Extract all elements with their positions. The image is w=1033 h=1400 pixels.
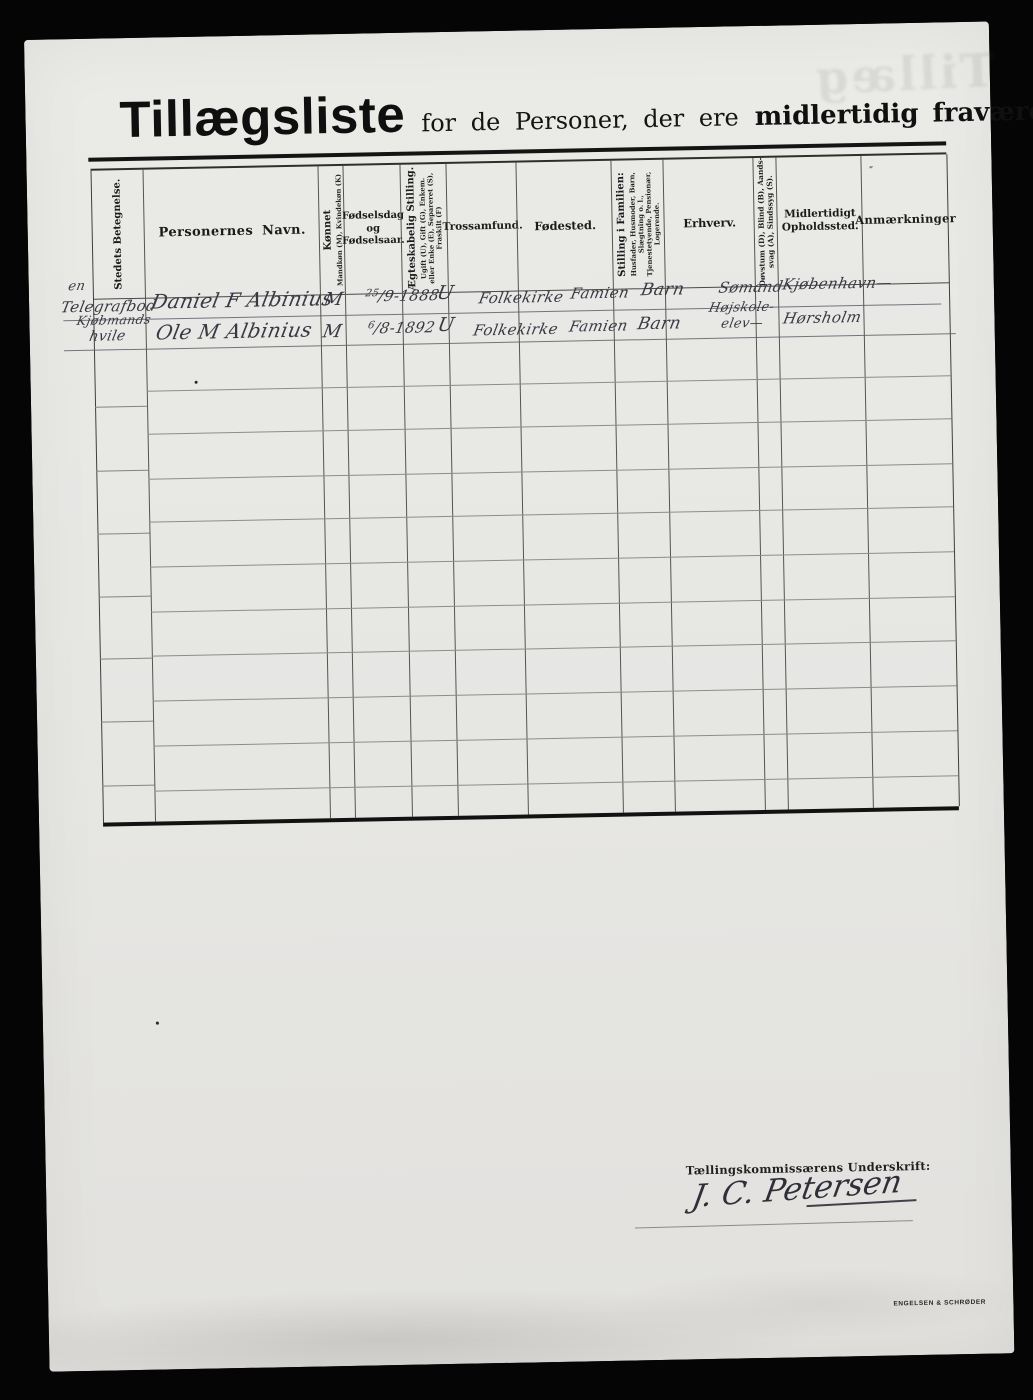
ink-speck — [156, 1022, 159, 1025]
row2-birth-rest: /8-1892 — [373, 318, 437, 337]
header-label: Trossamfund. — [443, 220, 523, 235]
row1-place-line1: en — [67, 279, 87, 294]
row2-family-position: Barn — [636, 313, 683, 334]
table-columns: Stedets Betegnelse. Personernes Navn. Kø… — [91, 154, 960, 822]
header-label: Erhverv. — [683, 215, 736, 230]
row1-residence: Kjøbenhavn— — [781, 273, 894, 293]
header-foedselsdag: Fødselsdag og Fødselsaar. — [343, 165, 402, 295]
form-subtitle: for de Personer, der ere — [421, 103, 739, 137]
row2-occupation-line2: elev— — [720, 316, 765, 332]
row1-birthplace: Famien — [569, 283, 631, 302]
signature-line — [635, 1220, 913, 1228]
header-midlertidigt-opholdssted: Midlertidigt Opholdssted. — [776, 156, 863, 287]
header-line: Fødselsaar. — [342, 235, 405, 249]
header-stilling-i-familien: Stilling i Familien: Husfader, Husmoder,… — [611, 160, 665, 290]
column-anmaerkninger: Anmærkninger — [860, 154, 960, 808]
header-label: Anmærkninger — [855, 211, 956, 227]
form-title-row: Tillægsliste for de Personer, der ere mi… — [119, 71, 1033, 149]
header-line: Fødselsdag — [342, 210, 404, 224]
header-label: Fødested. — [534, 218, 596, 234]
header-trossamfund: Trossamfund. — [446, 163, 518, 293]
form-subtitle-bold: midlertidig fraværende. — [754, 95, 1033, 132]
header-label: Stedets Betegnelse. — [111, 179, 126, 290]
row2-name: Ole M Albinius — [154, 317, 315, 344]
header-label: Personernes Navn. — [158, 223, 306, 242]
row2-birthdate: 6/8-1892 — [366, 318, 437, 337]
row1-occupation: Sømand — [717, 277, 785, 296]
scanned-page: Tillæg Tillægsliste for de Personer, der… — [24, 21, 1014, 1371]
header-line: Midlertidigt — [784, 207, 856, 221]
header-erhverv: Erhverv. — [663, 158, 755, 289]
scan-background: Tillæg Tillægsliste for de Personer, der… — [0, 0, 1033, 1400]
header-line: og — [366, 223, 380, 236]
row2-faith: Folkekirke — [472, 320, 560, 340]
row1-birth-rest: /9-1888 — [377, 286, 441, 305]
column-midlertidigt-opholdssted: Midlertidigt Opholdssted. — [775, 156, 874, 810]
column-personernes-navn: Personernes Navn. — [143, 166, 331, 821]
row2-residence: Hørsholm — [782, 308, 863, 328]
header-stedets-betegnelse: Stedets Betegnelse. — [92, 170, 146, 300]
row2-occupation-line1: Højskole- — [707, 300, 775, 316]
header-sublabel: svag (A), Sindssyg (S). — [765, 157, 776, 286]
header-line: Opholdssted. — [782, 220, 859, 235]
row1-faith: Folkekirke — [477, 288, 565, 308]
printer-mark: ENGELSEN & SCHRØDER — [893, 1299, 986, 1308]
ink-speck — [195, 381, 198, 384]
header-anmaerkninger: Anmærkninger — [861, 154, 949, 285]
column-erhverv: Erhverv. — [662, 158, 765, 812]
stray-ink-mark: ” — [869, 166, 874, 176]
header-foedested: Fødested. — [516, 161, 613, 292]
row1-birthdate: 25/9-1888 — [363, 286, 441, 305]
row1-sex: M — [322, 289, 345, 310]
row2-sex: M — [321, 321, 344, 342]
row1-name: Daniel F Albinius — [149, 286, 335, 314]
row2-birthplace: Famien — [568, 316, 630, 335]
census-table: Stedets Betegnelse. Personernes Navn. Kø… — [90, 152, 958, 826]
row1-family-position: Barn — [639, 279, 686, 300]
header-personernes-navn: Personernes Navn. — [144, 166, 321, 298]
column-foedested: Fødested. — [515, 161, 623, 815]
row2-place-line1: Kjøbmands — [76, 312, 153, 328]
form-title: Tillægsliste — [119, 85, 406, 149]
header-koennet: Kønnet Mandkøn (M), Kvindekøn (K) — [318, 166, 345, 295]
row2-place-line2: hvile — [88, 328, 127, 345]
